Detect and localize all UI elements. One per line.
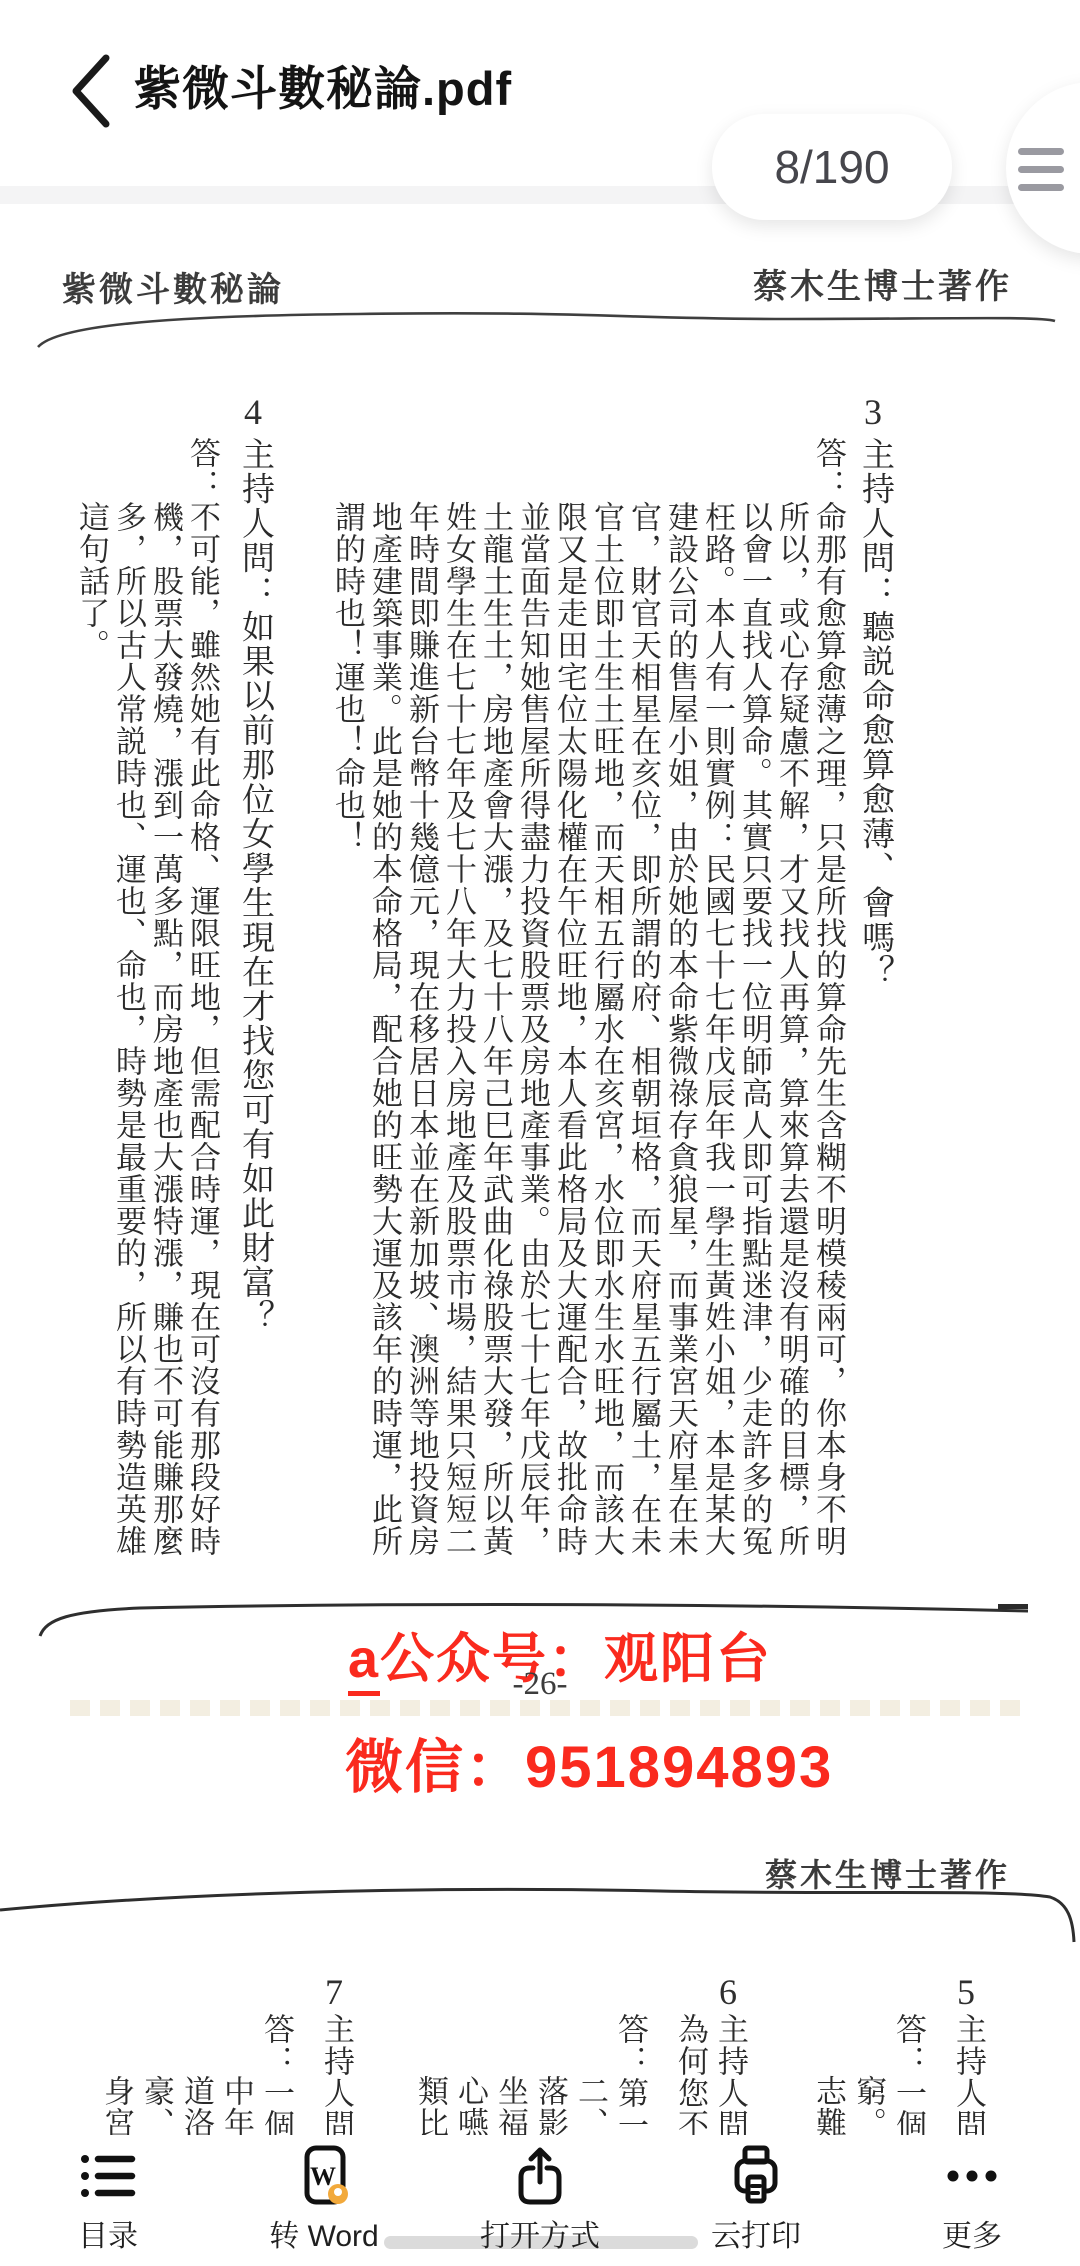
hamburger-icon <box>1018 166 1064 173</box>
section-number: 4 <box>233 391 273 433</box>
watermark-line2: 微信：951894893 <box>345 1720 833 1804</box>
toolbar-item-contents[interactable]: 目录 <box>0 2135 216 2266</box>
section-number: 7 <box>314 1971 354 2013</box>
qa-section-3: 3 主持人問：聽説命愈算愈薄、會嗎？ 答：命那有愈算愈薄之理，只是所找的算命先生… <box>329 437 895 1559</box>
pdf-reader-app: 紫微斗數秘論.pdf 8/190 紫微斗數秘論 蔡木生博士著作 3 主持人問：聽… <box>0 0 1080 2266</box>
toolbar-label: 目录 <box>78 2211 138 2255</box>
hamburger-icon <box>1018 148 1064 155</box>
answer-text: 答：不可能，雖然她有此命格、運限旺地，但需配合時運，現在可沒有那段好時機，股票大… <box>73 437 221 1559</box>
chevron-left-icon <box>58 46 128 136</box>
question-column: 主持人問：聽説命愈算愈薄、會嗎？ <box>855 437 895 1559</box>
page2-top-rule <box>0 1878 1080 1950</box>
page-indicator-pill[interactable]: 8/190 <box>712 114 952 220</box>
toolbar-label: 更多 <box>942 2211 1002 2255</box>
section-number: 6 <box>708 1971 748 2013</box>
page1-header-right: 蔡木生博士著作 <box>753 259 1012 308</box>
page-corner-mark <box>998 1604 1028 1609</box>
section-number: 5 <box>946 1971 986 2013</box>
hamburger-icon <box>1018 184 1064 191</box>
scan-artifact-band <box>70 1700 1020 1716</box>
toolbar-label: 转 Word <box>269 2211 378 2255</box>
document-title: 紫微斗數秘論.pdf <box>134 52 512 119</box>
toolbar-label: 打开方式 <box>480 2211 600 2255</box>
page-indicator-value: 8/190 <box>774 140 889 194</box>
section-number: 3 <box>853 391 893 433</box>
toolbar-label: 云打印 <box>711 2211 801 2255</box>
more-icon <box>940 2144 1004 2208</box>
word-icon: W <box>292 2144 356 2208</box>
list-icon <box>76 2144 140 2208</box>
share-icon <box>508 2144 572 2208</box>
answer-text: 答：命那有愈算愈薄之理，只是所找的算命先生含糊不明模稜兩可，你本身不明所以，或心… <box>329 437 847 1559</box>
toolbar-item-cloud-print[interactable]: 云打印 <box>648 2135 864 2266</box>
toolbar-item-more[interactable]: 更多 <box>864 2135 1080 2266</box>
page1-header-rule <box>28 303 1063 359</box>
printer-icon <box>724 2144 788 2208</box>
toolbar-item-open-with[interactable]: 打开方式 <box>432 2135 648 2266</box>
qa-section-4: 4 主持人問：如果以前那位女學生現在才找您可有如此財富？ 答：不可能，雖然她有此… <box>73 437 275 1559</box>
pdf-page-number: -26- <box>0 1666 1080 1703</box>
bottom-toolbar: 目录 W 转 Word 打开方式 云 <box>0 2135 1080 2266</box>
question-column: 主持人問：如果以前那位女學生現在才找您可有如此財富？ <box>235 437 275 1559</box>
toolbar-item-to-word[interactable]: W 转 Word <box>216 2135 432 2266</box>
back-button[interactable] <box>58 46 128 136</box>
